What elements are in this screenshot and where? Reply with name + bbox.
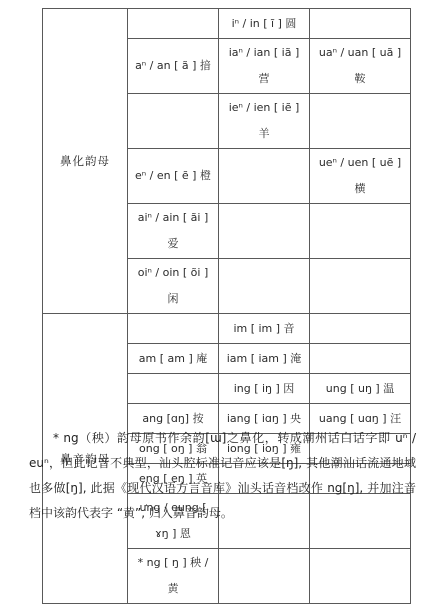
final-cell xyxy=(219,204,310,259)
final-cell xyxy=(128,94,219,149)
final-cell xyxy=(310,314,411,344)
final-cell: oiⁿ / oin [ õi ] 闲 xyxy=(128,259,219,314)
final-cell: iⁿ / in [ ĩ ] 圆 xyxy=(219,9,310,39)
table-row: 鼻化韵母 iⁿ / in [ ĩ ] 圆 xyxy=(43,9,411,39)
page: { "table": { "sections": [ { "label": "鼻… xyxy=(0,0,440,532)
final-cell xyxy=(310,259,411,314)
final-cell: ing [ iŋ ] 因 xyxy=(219,374,310,404)
final-cell xyxy=(219,149,310,204)
final-cell xyxy=(128,374,219,404)
final-cell xyxy=(310,9,411,39)
final-cell: aⁿ / an [ ã ] 揞 xyxy=(128,39,219,94)
final-cell xyxy=(310,549,411,604)
final-cell: eⁿ / en [ ẽ ] 橙 xyxy=(128,149,219,204)
footnote: * ng（秧）韵母原书作余韵[ɯ]之鼻化，转成潮州话白话字即 uⁿ / euⁿ，… xyxy=(29,426,416,526)
final-cell: ueⁿ / uen [ uẽ ] 横 xyxy=(310,149,411,204)
final-cell xyxy=(310,344,411,374)
final-cell: uaⁿ / uan [ uã ] 鞍 xyxy=(310,39,411,94)
final-cell: * ng [ ŋ ] 秧 / 黄 xyxy=(128,549,219,604)
final-cell: aiⁿ / ain [ ãi ] 爱 xyxy=(128,204,219,259)
final-cell: im [ im ] 音 xyxy=(219,314,310,344)
section-label-nasalized-finals: 鼻化韵母 xyxy=(43,9,128,314)
final-cell: iaⁿ / ian [ iã ] 营 xyxy=(219,39,310,94)
final-cell xyxy=(128,9,219,39)
final-cell xyxy=(219,259,310,314)
final-cell xyxy=(219,549,310,604)
final-cell: ieⁿ / ien [ iẽ ] 羊 xyxy=(219,94,310,149)
final-cell xyxy=(310,94,411,149)
final-cell: ung [ uŋ ] 温 xyxy=(310,374,411,404)
final-cell: am [ am ] 庵 xyxy=(128,344,219,374)
final-cell: iam [ iam ] 淹 xyxy=(219,344,310,374)
final-cell xyxy=(310,204,411,259)
table-row: 鼻音韵母 im [ im ] 音 xyxy=(43,314,411,344)
final-cell xyxy=(128,314,219,344)
